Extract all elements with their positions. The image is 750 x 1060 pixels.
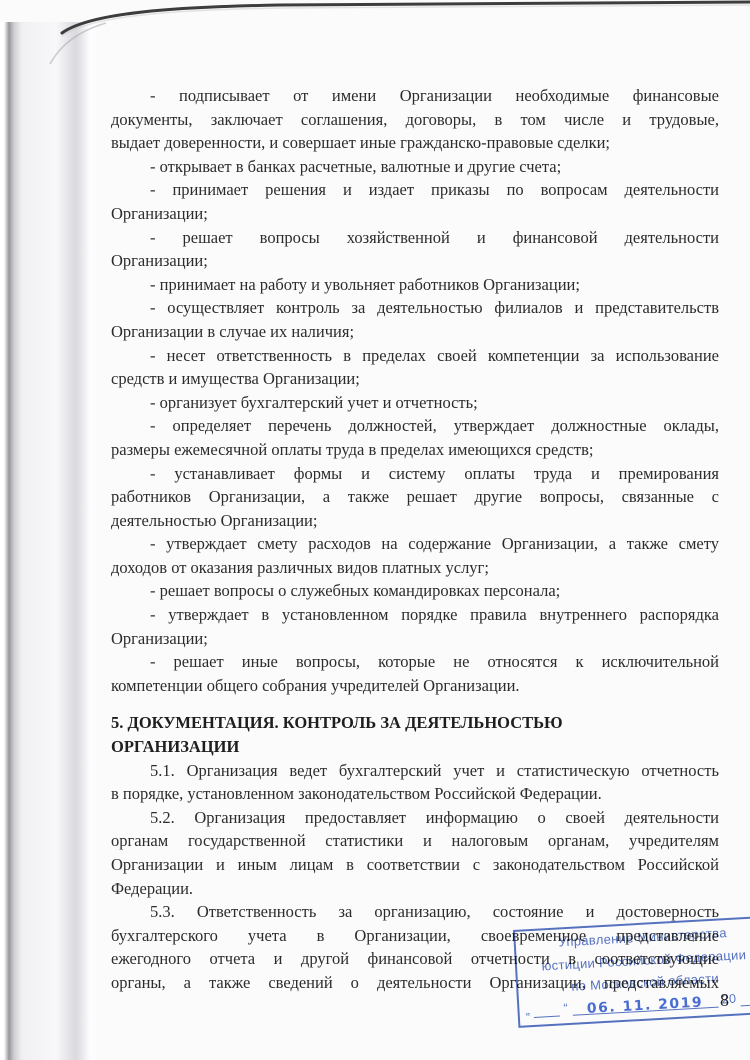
section-heading-line: ОРГАНИЗАЦИИ (111, 735, 719, 759)
document-line: - определяет перечень должностей, утверж… (111, 414, 719, 438)
document-line: работников Организации, а также решает д… (111, 485, 719, 509)
document-line: - утверждает в установленном порядке пра… (111, 603, 719, 627)
document-line: органам государственной статистики и нал… (111, 829, 719, 853)
document-line: Организации в случае их наличия; (111, 320, 719, 344)
document-line: выдает доверенности, и совершает иные гр… (111, 131, 719, 155)
document-line: Организации; (111, 202, 719, 226)
document-line: доходов от оказания различных видов плат… (111, 556, 719, 580)
document-line: - несет ответственность в пределах своей… (111, 344, 719, 368)
document-line: 5.3. Ответственность за организацию, сос… (111, 900, 719, 924)
document-line: - утверждает смету расходов на содержани… (111, 532, 719, 556)
stamp-quote-open: „ (525, 1003, 530, 1018)
document-line: - открывает в банках расчетные, валютные… (111, 155, 719, 179)
document-body: - подписывает от имени Организации необх… (111, 84, 719, 995)
document-line: - решает вопросы о служебных командировк… (111, 579, 719, 603)
section-heading: 5. ДОКУМЕНТАЦИЯ. КОНТРОЛЬ ЗА ДЕЯТЕЛЬНОСТ… (111, 711, 719, 758)
document-line: - принимает решения и издает приказы по … (111, 178, 719, 202)
stamp-year-prefix: 20 (721, 992, 736, 1008)
document-line: деятельностью Организации; (111, 509, 719, 533)
stamp-quote-close: “ (563, 1001, 568, 1016)
document-line: Организации; (111, 249, 719, 273)
stamp-date-line: 06. 11. 2019 (572, 994, 719, 1016)
stamp-blank-line (534, 1003, 560, 1018)
document-line: - подписывает от имени Организации необх… (111, 84, 719, 108)
document-line: - решает вопросы хозяйственной и финансо… (111, 226, 719, 250)
document-line: - решает иные вопросы, которые не относя… (111, 650, 719, 674)
document-line: - осуществляет контроль за деятельностью… (111, 296, 719, 320)
document-line: - организует бухгалтерский учет и отчетн… (111, 391, 719, 415)
document-line: Федерации. (111, 877, 719, 901)
stamp-blank-line (740, 992, 750, 1007)
document-line: средств и имущества Организации; (111, 367, 719, 391)
document-line: Организации и иным лицам в соответствии … (111, 853, 719, 877)
document-line: - устанавливает формы и систему оплаты т… (111, 462, 719, 486)
document-line: - принимает на работу и увольняет работн… (111, 273, 719, 297)
scanned-document-page: { "document": { "bullet_lines": [ "- под… (0, 0, 750, 1060)
document-line: в порядке, установленном законодательств… (111, 782, 719, 806)
page-curl-shadow (0, 22, 96, 1060)
document-line: Организации; (111, 627, 719, 651)
section-heading-line: 5. ДОКУМЕНТАЦИЯ. КОНТРОЛЬ ЗА ДЕЯТЕЛЬНОСТ… (111, 711, 719, 735)
document-line: компетенции общего собрания учредителей … (111, 674, 719, 698)
document-line: размеры ежемесячной оплаты труда в преде… (111, 438, 719, 462)
justice-ministry-stamp: Управление Министерства юстиции Российск… (513, 916, 750, 1028)
document-line: 5.2. Организация предоставляет информаци… (111, 806, 719, 830)
date-stamp: 06. 11. 2019 (586, 994, 703, 1016)
document-line: 5.1. Организация ведет бухгалтерский уче… (111, 759, 719, 783)
document-line: документы, заключает соглашения, договор… (111, 108, 719, 132)
